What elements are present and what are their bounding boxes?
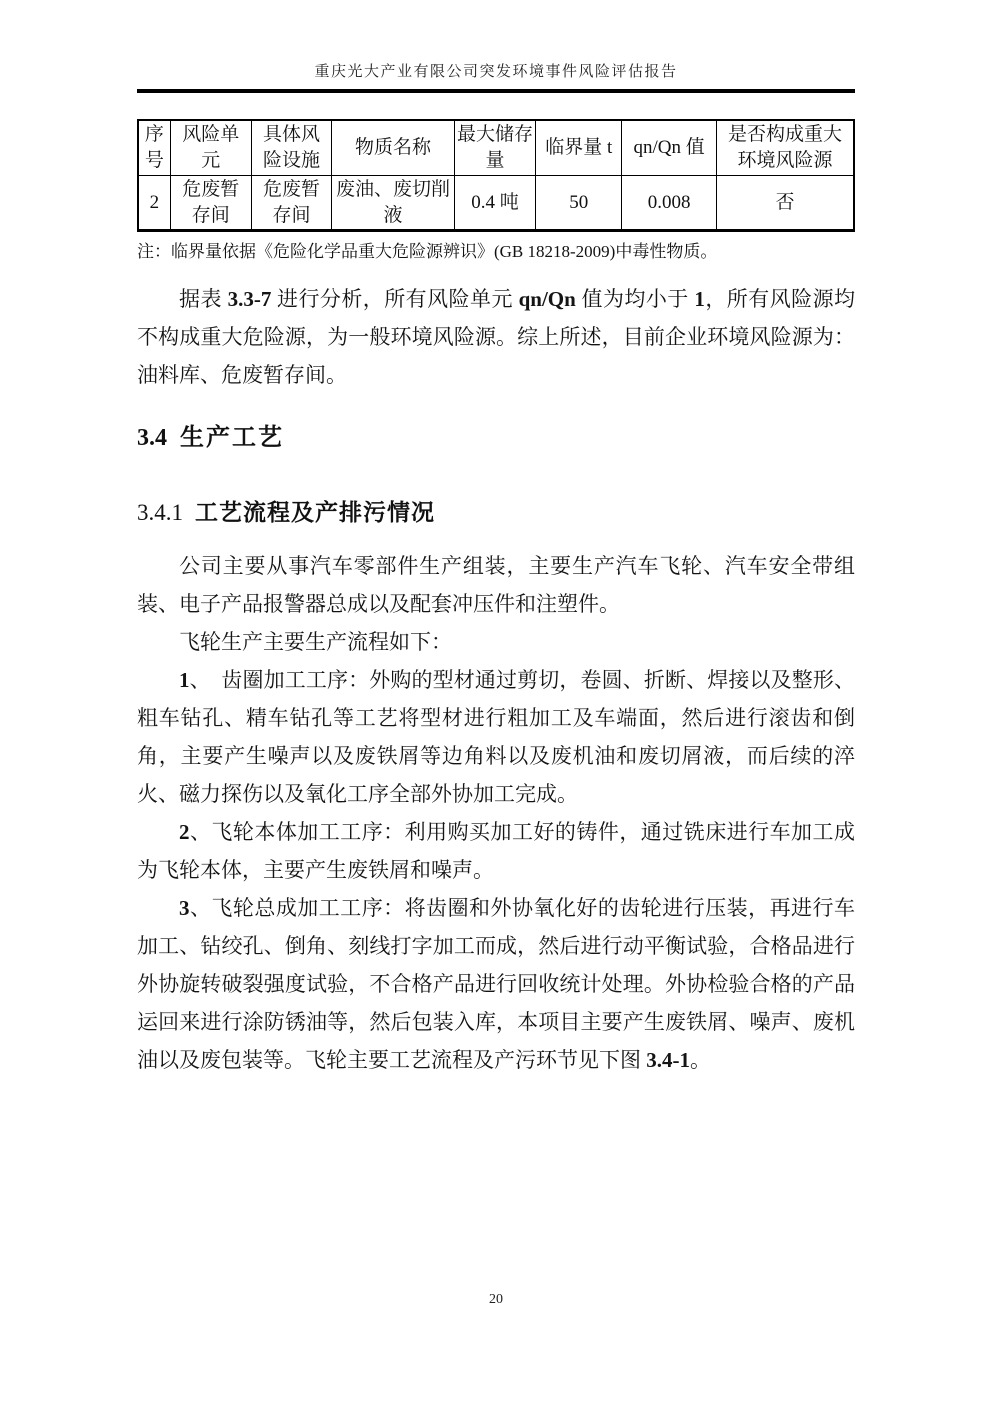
paragraph-step-1: 1、 齿圈加工工序：外购的型材通过剪切，卷圆、折断、焊接以及整形、粗车钻孔、精车… xyxy=(137,661,855,813)
step-1-text: 、 齿圈加工工序：外购的型材通过剪切，卷圆、折断、焊接以及整形、粗车钻孔、精车钻… xyxy=(137,668,855,806)
document-header-title: 重庆光大产业有限公司突发环境事件风险评估报告 xyxy=(137,0,855,93)
header-cell-material: 物质名称 xyxy=(332,120,454,176)
cell-facility: 危废暂存间 xyxy=(251,176,332,231)
table-ref-3-3-7: 3.3-7 xyxy=(228,287,272,311)
table-row: 2 危废暂存间 危废暂存间 废油、废切削液 0.4 吨 50 0.008 否 xyxy=(138,176,854,231)
cell-no: 2 xyxy=(138,176,170,231)
header-cell-max-storage: 最大储存量 xyxy=(454,120,536,176)
paragraph-flow-intro: 飞轮生产主要生产流程如下： xyxy=(137,623,855,661)
cell-material: 废油、废切削液 xyxy=(332,176,454,231)
section-title: 生产工艺 xyxy=(180,424,284,451)
cell-is-major: 否 xyxy=(717,176,854,231)
subsection-heading-3-4-1: 3.4.1工艺流程及产排污情况 xyxy=(137,496,855,529)
paragraph-analysis: 据表 3.3-7 进行分析，所有风险单元 qn/Qn 值为均小于 1，所有风险源… xyxy=(137,280,855,394)
header-cell-critical-qty: 临界量 t xyxy=(536,120,622,176)
document-page: 重庆光大产业有限公司突发环境事件风险评估报告 序号 风险单元 具体风险设施 物质… xyxy=(0,0,992,1403)
paragraph-step-3: 3、飞轮总成加工工序：将齿圈和外协氧化好的齿轮进行压装，再进行车加工、钻绞孔、倒… xyxy=(137,889,855,1079)
section-heading-3-4: 3.4生产工艺 xyxy=(137,422,855,454)
header-cell-is-major: 是否构成重大环境风险源 xyxy=(717,120,854,176)
step-2-text: 、飞轮本体加工工序：利用购买加工好的铸件，通过铣床进行车加工成为飞轮本体，主要产… xyxy=(137,820,855,882)
threshold-value: 1 xyxy=(694,287,705,311)
page-number: 20 xyxy=(0,1292,992,1308)
table-note: 注：临界量依据《危险化学品重大危险源辨识》(GB 18218-2009)中毒性物… xyxy=(137,240,855,264)
step-3-number: 3 xyxy=(179,896,190,920)
subsection-number: 3.4.1 xyxy=(137,500,183,525)
step-3-text-2: 。 xyxy=(690,1048,711,1072)
analysis-text-2: 进行分析，所有风险单元 xyxy=(271,287,518,311)
qn-ratio-term: qn/Qn xyxy=(519,287,576,311)
figure-ref-3-4-1: 3.4-1 xyxy=(646,1048,690,1072)
header-cell-no: 序号 xyxy=(138,120,170,176)
step-3-text-1: 、飞轮总成加工工序：将齿圈和外协氧化好的齿轮进行压装，再进行车加工、钻绞孔、倒角… xyxy=(137,896,855,1072)
step-1-number: 1 xyxy=(179,668,190,692)
section-number: 3.4 xyxy=(137,425,167,451)
analysis-text-3: 值为均小于 xyxy=(576,287,695,311)
analysis-text-1: 据表 xyxy=(179,287,228,311)
cell-qn-ratio: 0.008 xyxy=(622,176,717,231)
step-2-number: 2 xyxy=(179,820,190,844)
risk-source-table: 序号 风险单元 具体风险设施 物质名称 最大储存量 临界量 t qn/Qn 值 … xyxy=(137,119,855,232)
header-cell-risk-unit: 风险单元 xyxy=(170,120,251,176)
header-cell-qn-ratio: qn/Qn 值 xyxy=(622,120,717,176)
header-cell-facility: 具体风险设施 xyxy=(251,120,332,176)
paragraph-company-overview: 公司主要从事汽车零部件生产组装，主要生产汽车飞轮、汽车安全带组装、电子产品报警器… xyxy=(137,547,855,623)
cell-max-storage: 0.4 吨 xyxy=(454,176,536,231)
page-content: 重庆光大产业有限公司突发环境事件风险评估报告 序号 风险单元 具体风险设施 物质… xyxy=(137,0,855,1079)
table-header-row: 序号 风险单元 具体风险设施 物质名称 最大储存量 临界量 t qn/Qn 值 … xyxy=(138,120,854,176)
cell-critical-qty: 50 xyxy=(536,176,622,231)
paragraph-step-2: 2、飞轮本体加工工序：利用购买加工好的铸件，通过铣床进行车加工成为飞轮本体，主要… xyxy=(137,813,855,889)
cell-risk-unit: 危废暂存间 xyxy=(170,176,251,231)
subsection-title: 工艺流程及产排污情况 xyxy=(195,499,435,525)
